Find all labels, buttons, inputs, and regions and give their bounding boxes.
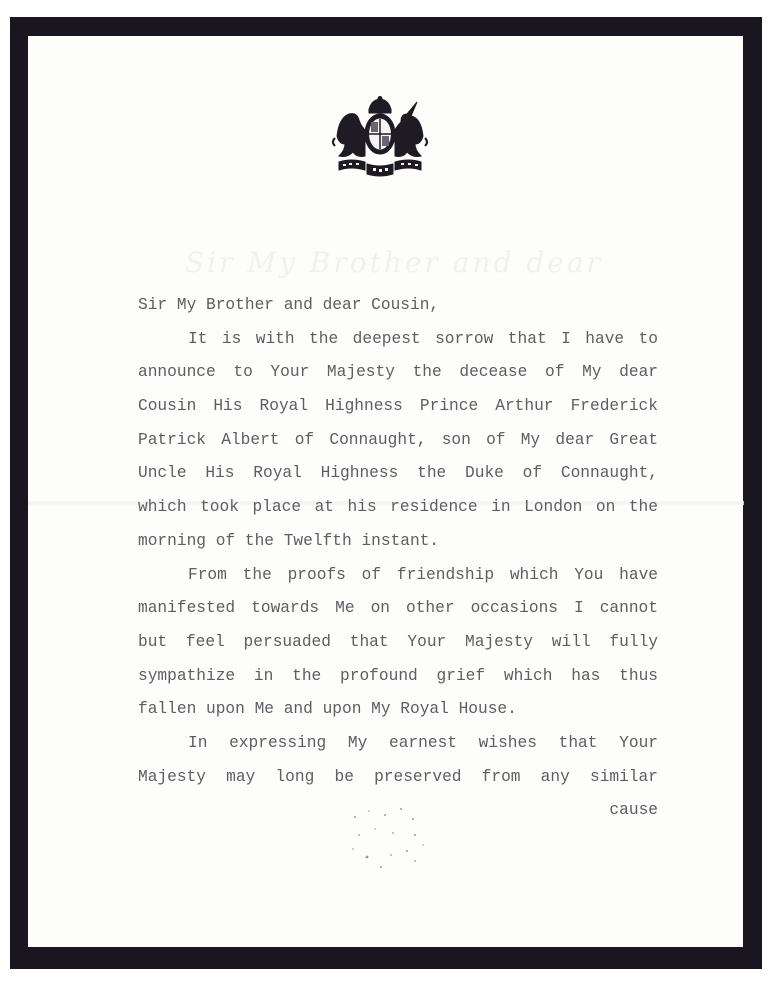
text-line: Uncle His Royal Highness the Duke of Con… <box>138 457 658 491</box>
paragraph-2: From the proofs of friendship which You … <box>138 559 658 727</box>
royal-coat-of-arms-icon <box>331 96 429 182</box>
embossed-seal-specks <box>345 805 435 875</box>
text-line: sympathize in the profound grief which h… <box>138 660 658 694</box>
text-line: Cousin His Royal Highness Prince Arthur … <box>138 390 658 424</box>
letter-body: Sir My Brother and dear Cousin, It is wi… <box>138 289 658 828</box>
text-line: morning of the Twelfth instant. <box>138 525 658 559</box>
salutation: Sir My Brother and dear Cousin, <box>138 289 658 323</box>
text-line: manifested towards Me on other occasions… <box>138 592 658 626</box>
text-line: Patrick Albert of Connaught, son of My d… <box>138 424 658 458</box>
paragraph-1: It is with the deepest sorrow that I hav… <box>138 323 658 559</box>
text-line: which took place at his residence in Lon… <box>138 491 658 525</box>
text-line: fallen upon Me and upon My Royal House. <box>138 693 658 727</box>
text-line: announce to Your Majesty the decease of … <box>138 356 658 390</box>
document-page: Sir My Brother and dear <box>0 0 772 981</box>
bleed-through-handwriting: Sir My Brother and dear <box>185 246 603 279</box>
text-line: but feel persuaded that Your Majesty wil… <box>138 626 658 660</box>
text-line: From the proofs of friendship which You … <box>138 559 658 593</box>
text-line: In expressing My earnest wishes that You… <box>138 727 658 761</box>
paragraph-3: In expressing My earnest wishes that You… <box>138 727 658 794</box>
text-line: It is with the deepest sorrow that I hav… <box>138 323 658 357</box>
text-line: Majesty may long be preserved from any s… <box>138 761 658 795</box>
